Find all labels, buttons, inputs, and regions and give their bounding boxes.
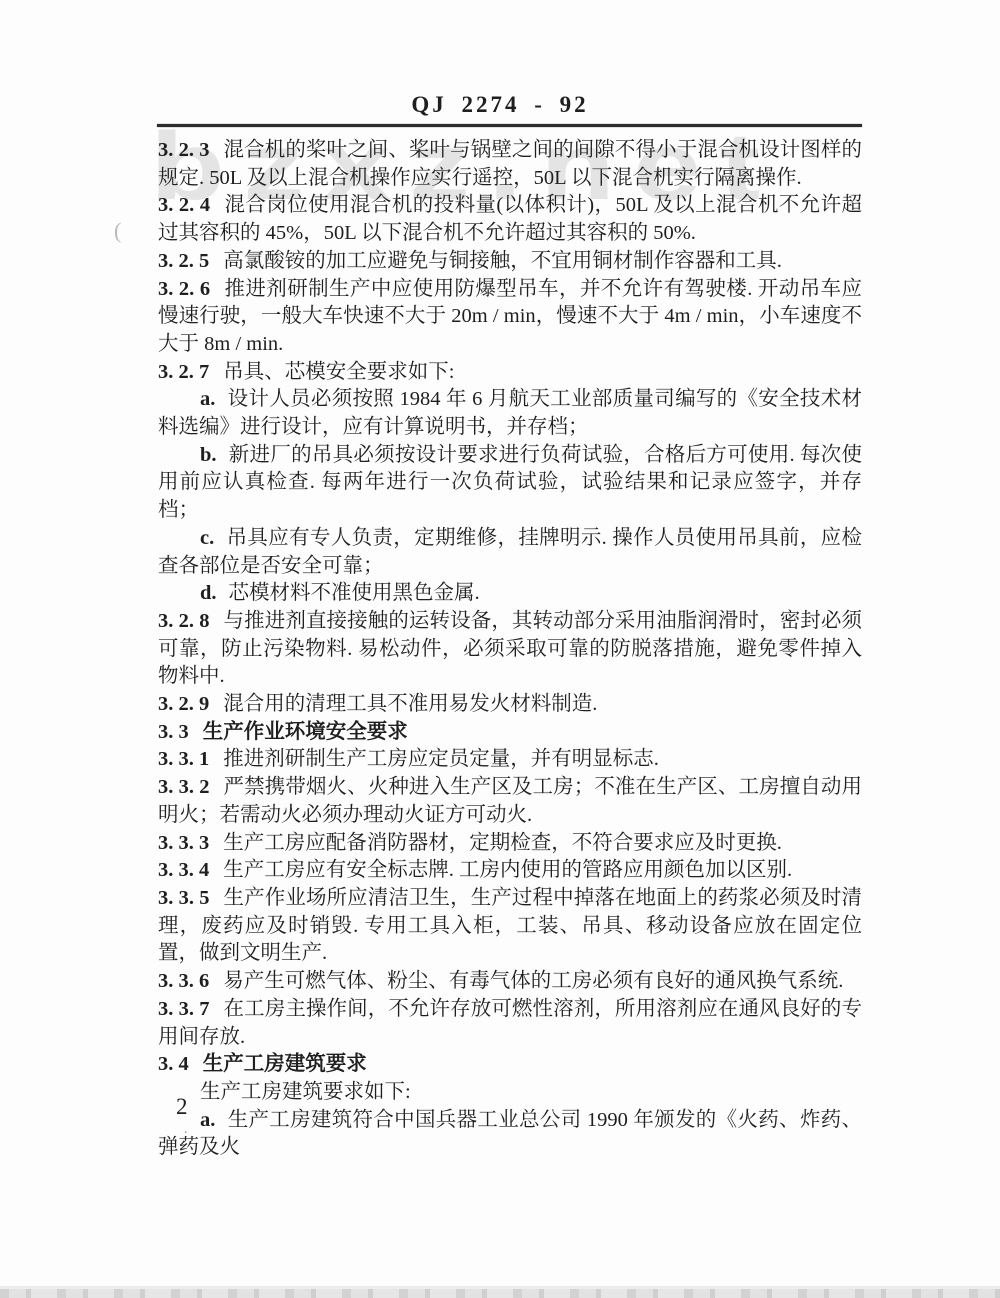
clause-text: 混合用的清理工具不准用易发火材料制造.	[223, 693, 597, 715]
clause-paragraph: d.芯模材料不准使用黑色金属.	[158, 580, 862, 608]
clause-text: 混合机的桨叶之间、桨叶与锅壁之间的间隙不得小于混合机设计图样的规定. 50L 及…	[158, 139, 862, 189]
page-number: 2	[176, 1094, 188, 1120]
clause-number: c.	[200, 527, 214, 549]
clause-text: 生产作业环境安全要求	[203, 721, 408, 743]
clause-number: 3. 3. 1	[158, 748, 209, 770]
clause-text: 设计人员必须按照 1984 年 6 月航天工业部质量司编写的《安全技术材料选编》…	[158, 388, 862, 438]
clause-text: 吊具、芯模安全要求如下:	[223, 361, 454, 383]
clause-text: 吊具应有专人负责，定期维修，挂牌明示. 操作人员使用吊具前，应检查各部位是否安全…	[158, 527, 862, 577]
clause-text: 芯模材料不准使用黑色金属.	[229, 582, 480, 604]
clause-paragraph: a.生产工房建筑符合中国兵器工业总公司 1990 年颁发的《火药、炸药、弹药及火	[158, 1107, 862, 1162]
clause-number: a.	[200, 388, 215, 410]
clause-paragraph: 3. 2. 8与推进剂直接接触的运转设备，其转动部分采用油脂润滑时，密封必须可靠…	[158, 608, 862, 691]
clause-paragraph: 3. 3. 4生产工房应有安全标志牌. 工房内使用的管路应用颜色加以区别.	[158, 857, 862, 885]
clause-paragraph: 3. 2. 5高氯酸铵的加工应避免与铜接触，不宜用铜材制作容器和工具.	[158, 248, 862, 276]
clause-number: b.	[200, 444, 217, 466]
clause-paragraph: 3. 3. 6易产生可燃气体、粉尘、有毒气体的工房必须有良好的通风换气系统.	[158, 968, 862, 996]
clause-text: 新进厂的吊具必须按设计要求进行负荷试验，合格后方可使用. 每次使用前应认真检查.…	[158, 444, 862, 521]
standard-number: QJ 2274 - 92	[0, 92, 1000, 118]
clause-number: 3. 3. 7	[158, 998, 209, 1020]
clause-number: 3. 2. 5	[158, 250, 209, 272]
clause-text: 与推进剂直接接触的运转设备，其转动部分采用油脂润滑时，密封必须可靠，防止污染物料…	[158, 610, 862, 687]
clause-text: 在工房主操作间，不允许存放可燃性溶剂，所用溶剂应在通风良好的专用间存放.	[158, 998, 862, 1048]
clause-number: 3. 3. 4	[158, 859, 209, 881]
clause-text: 易产生可燃气体、粉尘、有毒气体的工房必须有良好的通风换气系统.	[223, 970, 843, 992]
clause-paragraph: a.设计人员必须按照 1984 年 6 月航天工业部质量司编写的《安全技术材料选…	[158, 386, 862, 441]
scan-artifact-mark: (	[114, 218, 121, 244]
clause-number: 3. 3. 5	[158, 887, 209, 909]
clause-paragraph: 3. 2. 6推进剂研制生产中应使用防爆型吊车，并不允许有驾驶楼. 开动吊车应慢…	[158, 276, 862, 359]
clause-heading: 3. 4生产工房建筑要求	[158, 1051, 862, 1079]
clause-number: 3. 4	[158, 1053, 189, 1075]
clause-text: 生产工房建筑要求如下:	[200, 1081, 411, 1103]
clause-paragraph: b.新进厂的吊具必须按设计要求进行负荷试验，合格后方可使用. 每次使用前应认真检…	[158, 442, 862, 525]
clause-text: 严禁携带烟火、火种进入生产区及工房；不准在生产区、工房擅自动用明火；若需动火必须…	[158, 776, 862, 826]
clause-paragraph: 3. 2. 9混合用的清理工具不准用易发火材料制造.	[158, 691, 862, 719]
clause-number: 3. 2. 3	[158, 139, 209, 161]
clause-number: 3. 2. 9	[158, 693, 209, 715]
clause-text: 高氯酸铵的加工应避免与铜接触，不宜用铜材制作容器和工具.	[223, 250, 782, 272]
clause-number: 3. 3	[158, 721, 189, 743]
clause-number: 3. 3. 6	[158, 970, 209, 992]
clause-text: 推进剂研制生产工房应定员定量，并有明显标志.	[223, 748, 659, 770]
clause-number: 3. 2. 8	[158, 610, 209, 632]
clause-text: 生产工房建筑要求	[203, 1053, 367, 1075]
header-rule	[157, 124, 862, 127]
clause-number: 3. 3. 3	[158, 832, 209, 854]
document-body: 3. 2. 3混合机的桨叶之间、桨叶与锅壁之间的间隙不得小于混合机设计图样的规定…	[158, 137, 862, 1162]
clause-paragraph: 生产工房建筑要求如下:	[158, 1079, 862, 1107]
clause-number: 3. 3. 2	[158, 776, 209, 798]
clause-paragraph: 3. 3. 3生产工房应配备消防器材，定期检查，不符合要求应及时更换.	[158, 830, 862, 858]
clause-text: 生产作业场所应清洁卫生，生产过程中掉落在地面上的药浆必须及时清理，废药应及时销毁…	[158, 887, 862, 964]
clause-text: 混合岗位使用混合机的投料量(以体积计)，50L 及以上混合机不允许超过其容积的 …	[158, 194, 862, 244]
clause-number: d.	[200, 582, 217, 604]
clause-heading: 3. 3生产作业环境安全要求	[158, 719, 862, 747]
scan-artifact-dot: .	[184, 1122, 188, 1138]
clause-number: a.	[200, 1109, 215, 1131]
clause-paragraph: 3. 2. 4混合岗位使用混合机的投料量(以体积计)，50L 及以上混合机不允许…	[158, 192, 862, 247]
clause-paragraph: c.吊具应有专人负责，定期维修，挂牌明示. 操作人员使用吊具前，应检查各部位是否…	[158, 525, 862, 580]
clause-paragraph: 3. 2. 3混合机的桨叶之间、桨叶与锅壁之间的间隙不得小于混合机设计图样的规定…	[158, 137, 862, 192]
clause-text: 生产工房建筑符合中国兵器工业总公司 1990 年颁发的《火药、炸药、弹药及火	[158, 1109, 862, 1159]
clause-paragraph: 3. 3. 2严禁携带烟火、火种进入生产区及工房；不准在生产区、工房擅自动用明火…	[158, 774, 862, 829]
document-page: bzxz.net QJ 2274 - 92 3. 2. 3混合机的桨叶之间、桨叶…	[0, 0, 1000, 1298]
clause-text: 生产工房应配备消防器材，定期检查，不符合要求应及时更换.	[223, 832, 782, 854]
clause-number: 3. 2. 7	[158, 361, 209, 383]
clause-paragraph: 3. 3. 7在工房主操作间，不允许存放可燃性溶剂，所用溶剂应在通风良好的专用间…	[158, 996, 862, 1051]
clause-text: 生产工房应有安全标志牌. 工房内使用的管路应用颜色加以区别.	[223, 859, 792, 881]
clause-number: 3. 2. 4	[158, 194, 210, 216]
clause-number: 3. 2. 6	[158, 278, 210, 300]
scan-edge-bar	[0, 1289, 1000, 1298]
clause-text: 推进剂研制生产中应使用防爆型吊车，并不允许有驾驶楼. 开动吊车应慢速行驶，一般大…	[158, 278, 862, 355]
clause-paragraph: 3. 3. 5生产作业场所应清洁卫生，生产过程中掉落在地面上的药浆必须及时清理，…	[158, 885, 862, 968]
clause-paragraph: 3. 3. 1推进剂研制生产工房应定员定量，并有明显标志.	[158, 746, 862, 774]
clause-paragraph: 3. 2. 7吊具、芯模安全要求如下:	[158, 359, 862, 387]
